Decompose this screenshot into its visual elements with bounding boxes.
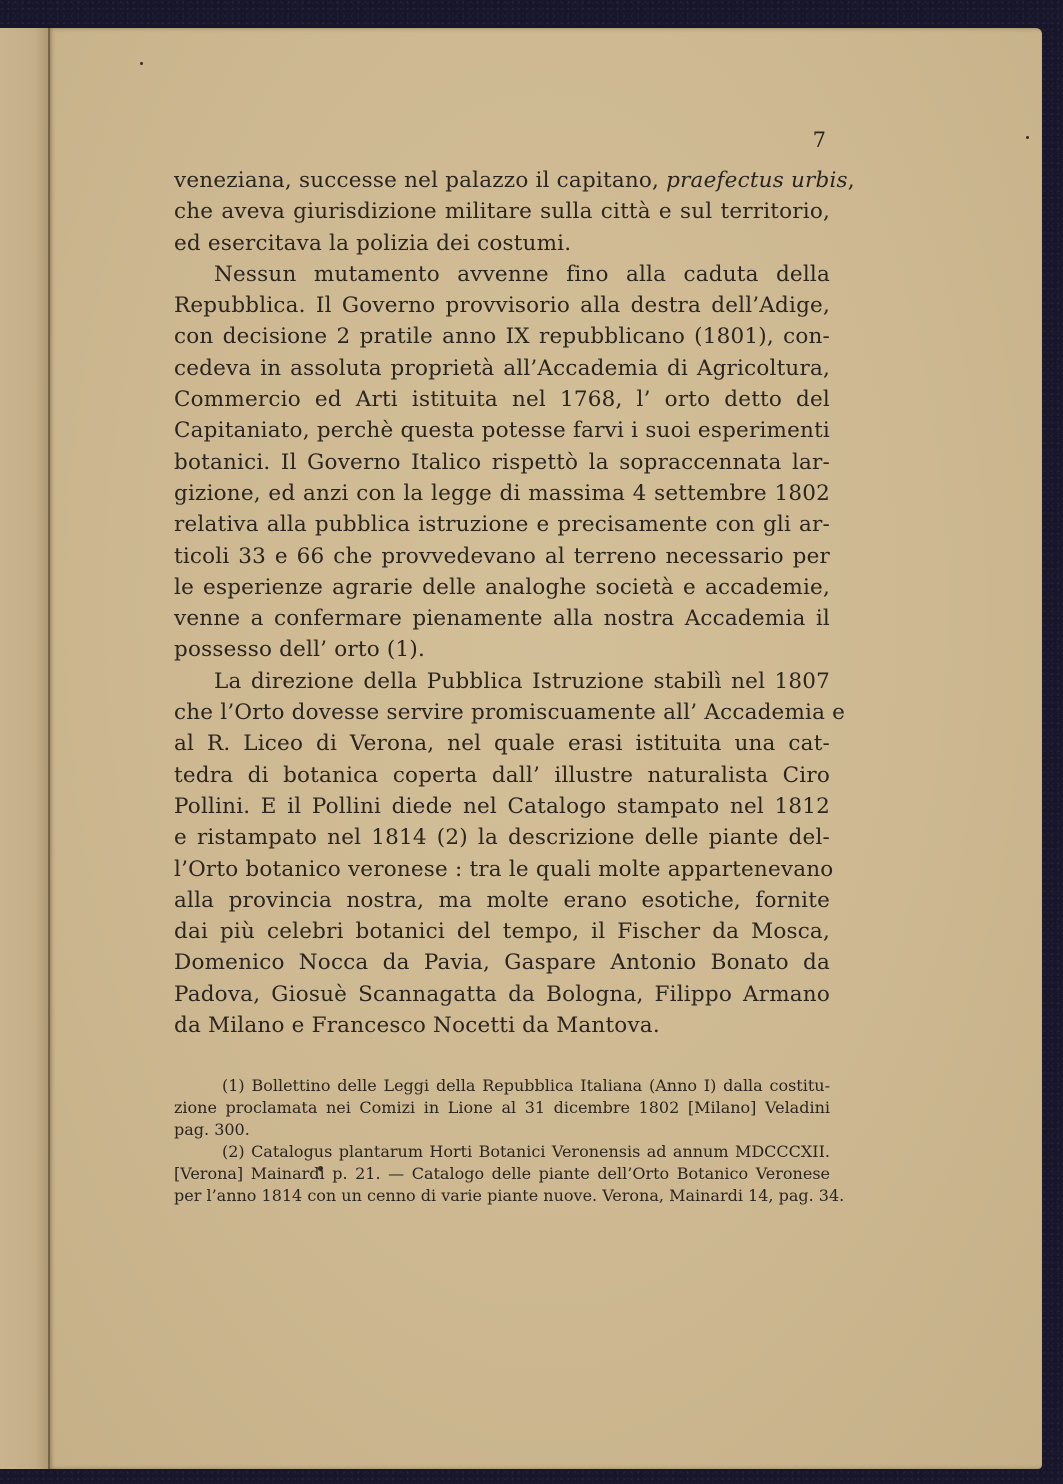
footnote-line: [Verona] Mainardi p. 21. — Catalogo dell… xyxy=(174,1163,830,1185)
text-line: che aveva giurisdizione militare sulla c… xyxy=(174,196,830,227)
text-line: Pollini. E il Pollini diede nel Catalogo… xyxy=(174,791,830,822)
page-text-block: 7 veneziana, successe nel palazzo il cap… xyxy=(174,120,830,1207)
text-line: ticoli 33 e 66 che provvedevano al terre… xyxy=(174,541,830,572)
text-line: cedeva in assoluta proprietà all’Accadem… xyxy=(174,353,830,384)
text-line: Nessun mutamento avvenne fino alla cadut… xyxy=(174,259,830,290)
text-line: possesso dell’ orto (1). xyxy=(174,634,830,665)
text-line: relativa alla pubblica istruzione e prec… xyxy=(174,509,830,540)
paragraph-1: veneziana, successe nel palazzo il capit… xyxy=(174,165,830,259)
text-line: Domenico Nocca da Pavia, Gaspare Antonio… xyxy=(174,947,830,978)
footnote-2: (2) Catalogus plantarum Horti Botanici V… xyxy=(174,1141,830,1207)
footnotes: (1) Bollettino delle Leggi della Repubbl… xyxy=(174,1075,830,1207)
text-line: ed esercitava la polizia dei costumi. xyxy=(174,228,830,259)
page-number: 7 xyxy=(813,128,826,152)
footnote-line: (1) Bollettino delle Leggi della Repubbl… xyxy=(174,1075,830,1097)
page-gutter xyxy=(48,28,50,1469)
footnote-line: (2) Catalogus plantarum Horti Botanici V… xyxy=(174,1141,830,1163)
text-line: da Milano e Francesco Nocetti da Mantova… xyxy=(174,1010,830,1041)
previous-page-edge xyxy=(0,28,50,1469)
text-line: venne a confermare pienamente alla nostr… xyxy=(174,603,830,634)
text-line: La direzione della Pubblica Istruzione s… xyxy=(174,666,830,697)
body-text: veneziana, successe nel palazzo il capit… xyxy=(174,165,830,1041)
paragraph-2: Nessun mutamento avvenne fino alla cadut… xyxy=(174,259,830,666)
text-line: le esperienze agrarie delle analoghe soc… xyxy=(174,572,830,603)
text-line: botanici. Il Governo Italico rispettò la… xyxy=(174,447,830,478)
text-line: che l’Orto dovesse servire promiscuament… xyxy=(174,697,830,728)
text-line: dai più celebri botanici del tempo, il F… xyxy=(174,916,830,947)
latin-phrase: praefectus urbis xyxy=(666,168,848,193)
text-line: veneziana, successe nel palazzo il capit… xyxy=(174,165,830,196)
text-line: al R. Liceo di Verona, nel quale erasi i… xyxy=(174,728,830,759)
text-line: tedra di botanica coperta dall’ illustre… xyxy=(174,760,830,791)
text-line: Commercio ed Arti istituita nel 1768, l’… xyxy=(174,384,830,415)
paper-speck xyxy=(140,62,143,65)
footnote-line: pag. 300. xyxy=(174,1119,830,1141)
footnote-line: zione proclamata nei Comizi in Lione al … xyxy=(174,1097,830,1119)
text-line: l’Orto botanico veronese : tra le quali … xyxy=(174,854,830,885)
text-line: Padova, Giosuè Scannagatta da Bologna, F… xyxy=(174,979,830,1010)
footnote-line: per l’anno 1814 con un cenno di varie pi… xyxy=(174,1185,830,1207)
text-line: con decisione 2 pratile anno IX repubbli… xyxy=(174,321,830,352)
text-line: gizione, ed anzi con la legge di massima… xyxy=(174,478,830,509)
text-line: e ristampato nel 1814 (2) la descrizione… xyxy=(174,822,830,853)
text-line: Capitaniato, perchè questa potesse farvi… xyxy=(174,415,830,446)
paper-speck xyxy=(1026,136,1029,139)
paragraph-3: La direzione della Pubblica Istruzione s… xyxy=(174,666,830,1042)
text-line: alla provincia nostra, ma molte erano es… xyxy=(174,885,830,916)
text-line: Repubblica. Il Governo provvisorio alla … xyxy=(174,290,830,321)
footnote-1: (1) Bollettino delle Leggi della Repubbl… xyxy=(174,1075,830,1141)
